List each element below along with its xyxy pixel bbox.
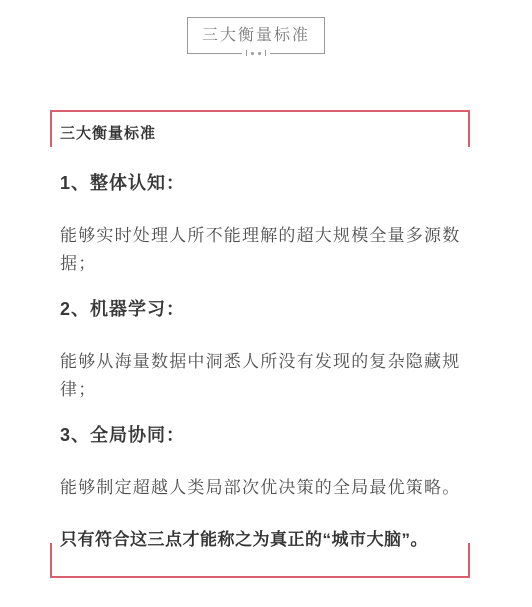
section-overall-cognition: 1、整体认知： 能够实时处理人所不能理解的超大规模全量多源数据； — [60, 172, 464, 278]
section-heading: 1、整体认知： — [60, 172, 464, 194]
section-body: 能够从海量数据中洞悉人所没有发现的复杂隐藏规律； — [60, 348, 464, 404]
conclusion-text: 只有符合这三点才能称之为真正的“城市大脑”。 — [60, 526, 464, 554]
section-heading: 2、机器学习： — [60, 298, 464, 320]
deco-dot — [251, 52, 254, 55]
section-body: 能够制定超越人类局部次优决策的全局最优策略。 — [60, 474, 464, 502]
card-content: 三大衡量标准 1、整体认知： 能够实时处理人所不能理解的超大规模全量多源数据； … — [60, 122, 464, 554]
badge-dots-decoration — [242, 49, 270, 57]
title-badge: 三大衡量标准 — [187, 17, 325, 54]
deco-tick-right — [265, 50, 266, 56]
section-body: 能够实时处理人所不能理解的超大规模全量多源数据； — [60, 222, 464, 278]
section-global-coordination: 3、全局协同： 能够制定超越人类局部次优决策的全局最优策略。 — [60, 424, 464, 502]
deco-dot — [258, 52, 261, 55]
section-heading: 3、全局协同： — [60, 424, 464, 446]
content-card: 三大衡量标准 1、整体认知： 能够实时处理人所不能理解的超大规模全量多源数据； … — [50, 110, 470, 578]
section-machine-learning: 2、机器学习： 能够从海量数据中洞悉人所没有发现的复杂隐藏规律； — [60, 298, 464, 404]
card-title: 三大衡量标准 — [60, 122, 464, 144]
title-badge-label: 三大衡量标准 — [188, 18, 324, 53]
deco-tick-left — [246, 50, 247, 56]
